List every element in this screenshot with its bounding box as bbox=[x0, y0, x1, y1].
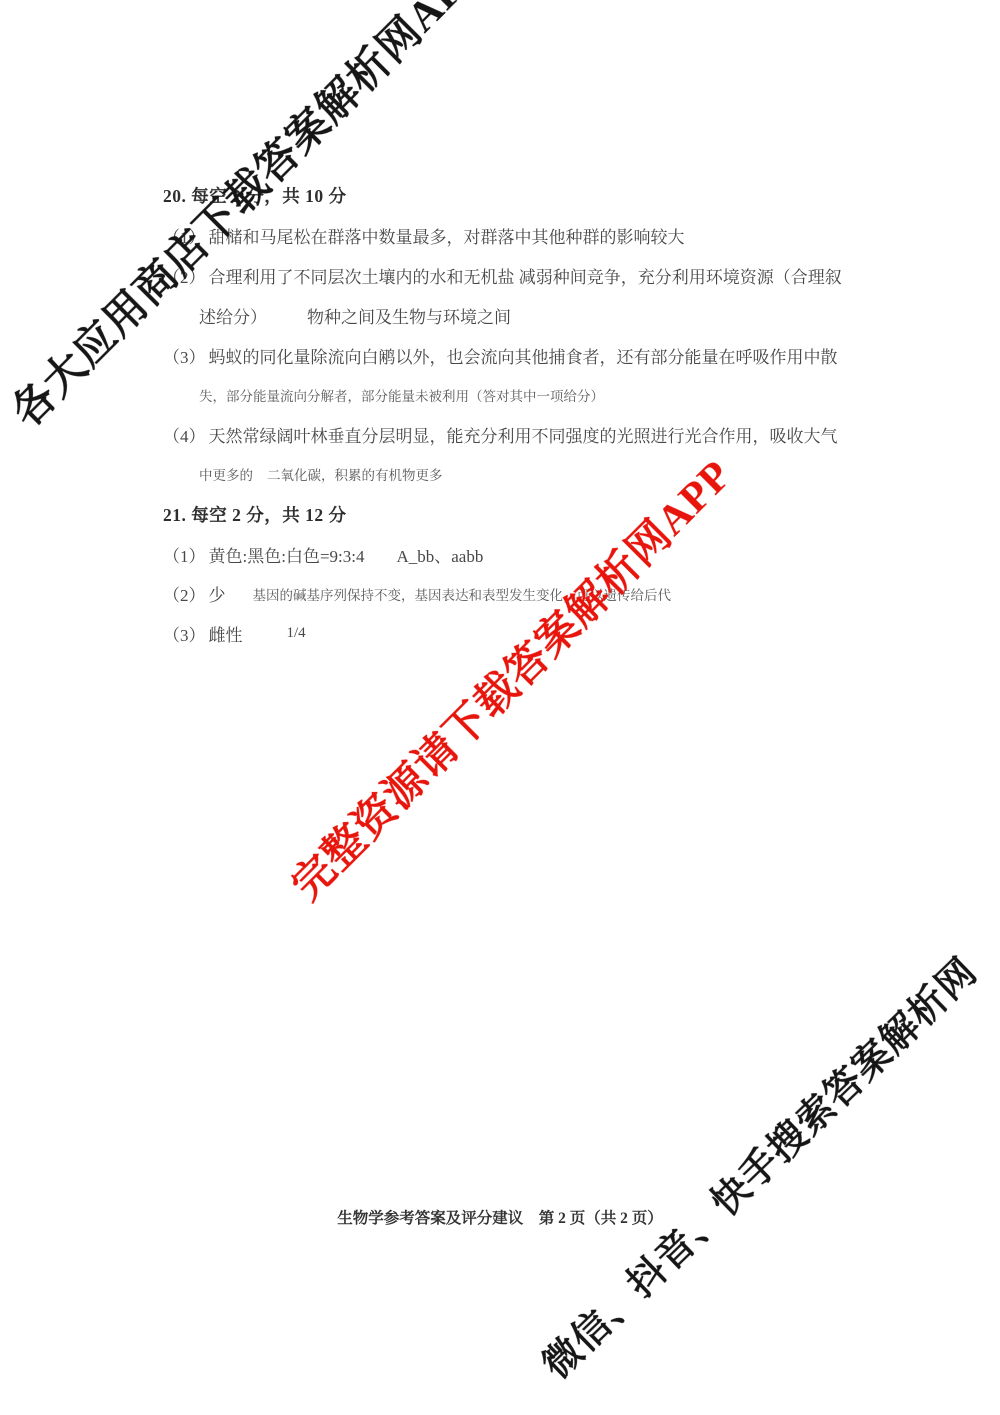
q21-item1-genotype-answer: A_bb、aabb bbox=[396, 542, 483, 567]
q20-item2-second-blank-answer: 物种之间及生物与环境之间 bbox=[307, 303, 511, 328]
answer-key-body: 20. 每空 2 分，共 10 分 （1） 甜槠和马尾松在群落中数量最多，对群落… bbox=[163, 176, 883, 654]
q20-item2-answer: 合理利用了不同层次土壤内的水和无机盐 减弱种间竞争，充分利用环境资源（合理叙 bbox=[209, 263, 842, 288]
q20-item2-number: （2） bbox=[163, 263, 206, 288]
q21-item2-line: （2） 少 基因的碱基序列保持不变，基因表达和表型发生变化，可以遗传给后代 bbox=[163, 574, 883, 614]
q21-item3-number: （3） bbox=[163, 621, 206, 646]
document-page: 20. 每空 2 分，共 10 分 （1） 甜槠和马尾松在群落中数量最多，对群落… bbox=[0, 0, 1000, 1415]
q20-item1-answer: 甜槠和马尾松在群落中数量最多，对群落中其他种群的影响较大 bbox=[209, 223, 685, 248]
q21-item1-number: （1） bbox=[163, 542, 206, 567]
q20-item4-continuation-a: 中更多的 bbox=[199, 464, 253, 484]
watermark-bottom-right: 微信、抖音、快手搜索答案解析网 bbox=[537, 952, 984, 1386]
q20-item4-line: （4） 天然常绿阔叶林垂直分层明显，能充分利用不同强度的光照进行光合作用，吸收大… bbox=[163, 415, 883, 455]
q21-item1-ratio-answer: 黄色:黑色:白色=9:3:4 bbox=[209, 542, 365, 567]
footer-pagination: 生物学参考答案及评分建议 第 2 页（共 2 页） bbox=[0, 1206, 1000, 1228]
q21-heading-text: 21. 每空 2 分，共 12 分 bbox=[163, 502, 347, 527]
q21-item3-line: （3） 雌性 1/4 bbox=[163, 614, 883, 654]
q20-item1-line: （1） 甜槠和马尾松在群落中数量最多，对群落中其他种群的影响较大 bbox=[163, 216, 883, 256]
q20-item3-continuation: 失，部分能量流向分解者，部分能量未被利用（答对其中一项给分） bbox=[199, 385, 604, 405]
q20-item3-continuation-line: 失，部分能量流向分解者，部分能量未被利用（答对其中一项给分） bbox=[163, 375, 883, 415]
q20-item3-answer: 蚂蚁的同化量除流向白鹇以外，也会流向其他捕食者，还有部分能量在呼吸作用中散 bbox=[209, 343, 838, 368]
q20-item3-number: （3） bbox=[163, 343, 206, 368]
q20-item2-continuation-line: 述给分） 物种之间及生物与环境之间 bbox=[163, 295, 883, 335]
q21-item2-number: （2） bbox=[163, 581, 206, 606]
q20-item3-line: （3） 蚂蚁的同化量除流向白鹇以外，也会流向其他捕食者，还有部分能量在呼吸作用中… bbox=[163, 335, 883, 375]
q21-item1-line: （1） 黄色:黑色:白色=9:3:4 A_bb、aabb bbox=[163, 534, 883, 574]
q21-item3-fraction-answer: 1/4 bbox=[287, 625, 306, 642]
q20-item2-continuation: 述给分） bbox=[199, 303, 267, 328]
q21-heading: 21. 每空 2 分，共 12 分 bbox=[163, 494, 883, 534]
q20-heading-text: 20. 每空 2 分，共 10 分 bbox=[163, 183, 347, 208]
q20-item4-answer: 天然常绿阔叶林垂直分层明显，能充分利用不同强度的光照进行光合作用，吸收大气 bbox=[209, 422, 838, 447]
q21-item2-second-answer: 基因的碱基序列保持不变，基因表达和表型发生变化，可以遗传给后代 bbox=[253, 584, 672, 604]
q20-item4-continuation-line: 中更多的 二氧化碳，积累的有机物更多 bbox=[163, 455, 883, 495]
footer-text: 生物学参考答案及评分建议 第 2 页（共 2 页） bbox=[337, 1210, 663, 1227]
q20-item4-number: （4） bbox=[163, 422, 206, 447]
q20-item1-number: （1） bbox=[163, 223, 206, 248]
q20-heading: 20. 每空 2 分，共 10 分 bbox=[163, 176, 883, 216]
q21-item2-first-answer: 少 bbox=[209, 581, 226, 606]
q21-item3-sex-answer: 雌性 bbox=[209, 621, 243, 646]
q20-item4-continuation-b: 二氧化碳，积累的有机物更多 bbox=[267, 464, 443, 484]
q20-item2-line: （2） 合理利用了不同层次土壤内的水和无机盐 减弱种间竞争，充分利用环境资源（合… bbox=[163, 256, 883, 296]
